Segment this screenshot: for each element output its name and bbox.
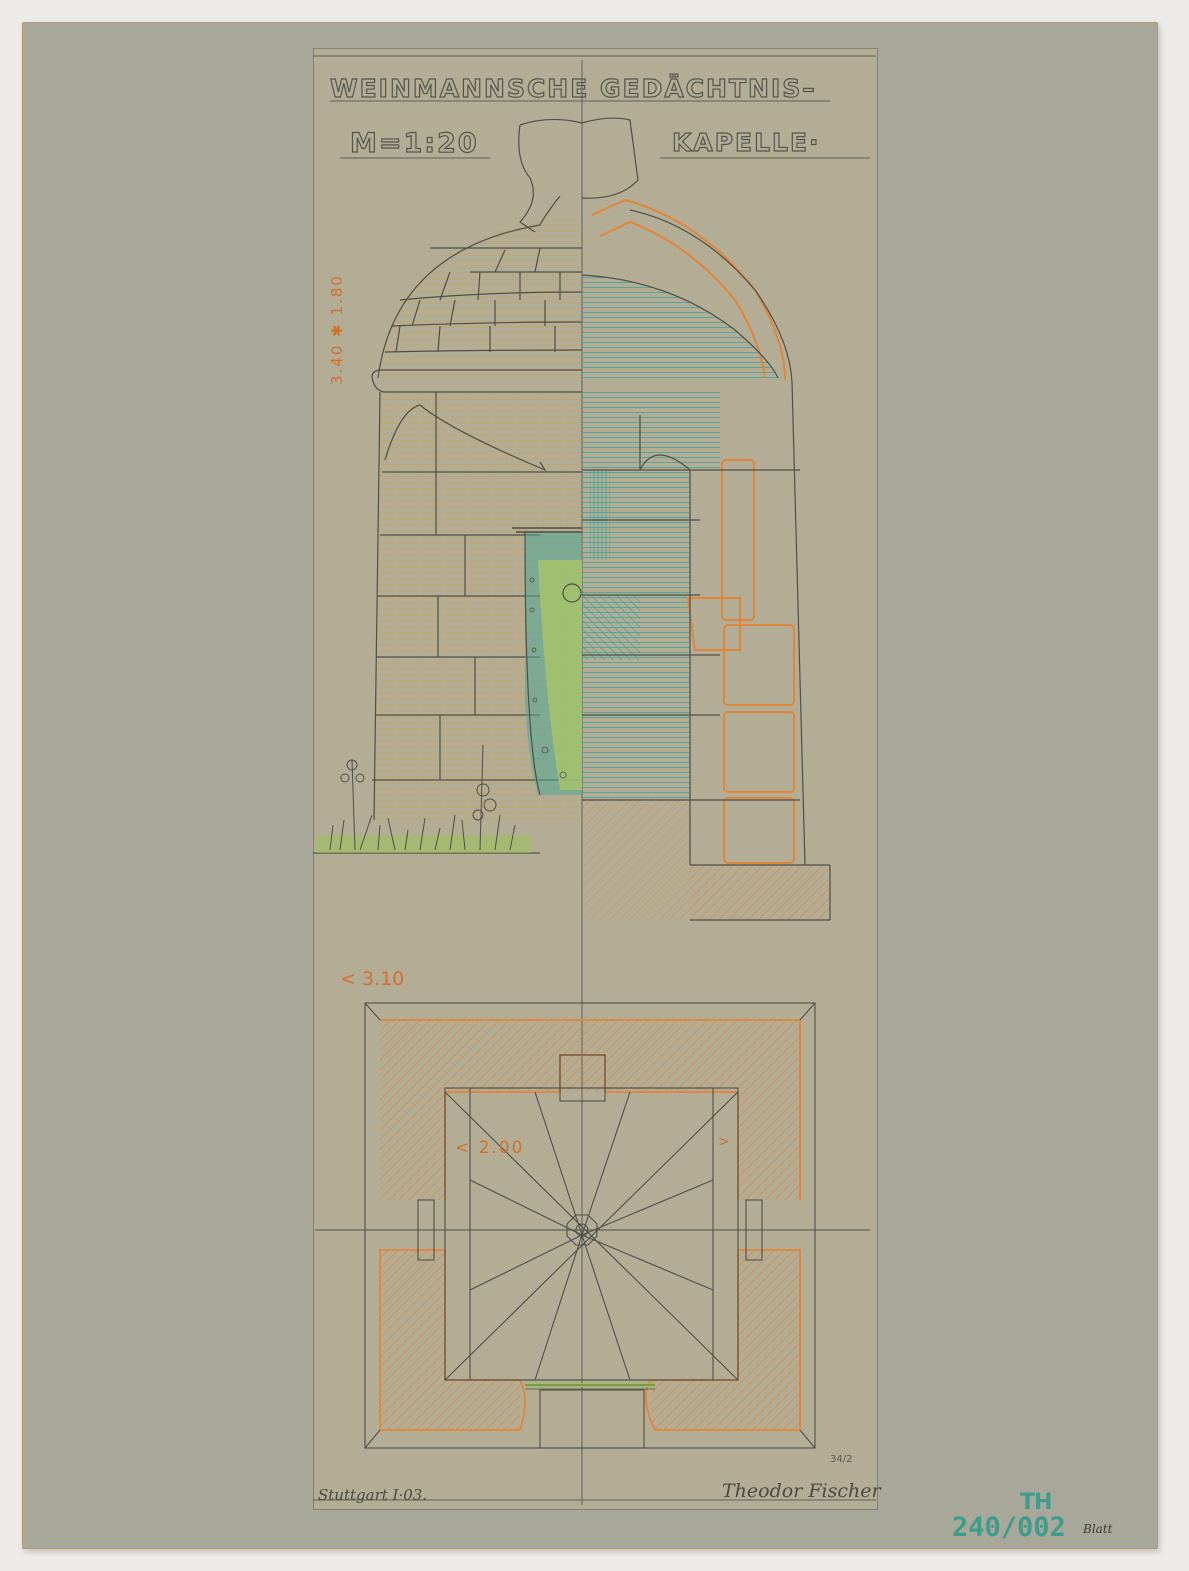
plan-inner-dimension-end-arrow: > <box>718 1134 730 1150</box>
drawing-title-line2: KAPELLE· <box>672 128 821 157</box>
archive-inventory-number: 240/002 <box>952 1512 1066 1543</box>
floor-plan <box>315 1003 870 1448</box>
architect-signature: Theodor Fischer <box>722 1480 881 1502</box>
drawing-title-line1: WEINMANNSCHE GEDÄCHTNIS– <box>330 74 817 103</box>
plan-outer-width-dimension: < 3.10 <box>340 968 404 990</box>
archive-note: Blatt <box>1083 1522 1112 1536</box>
elevation-height-dimension: 3.40 ✱ 1.80 <box>328 274 346 385</box>
place-date-inscription: Stuttgart I·03. <box>318 1486 427 1504</box>
section-right-half <box>582 118 830 920</box>
elevation-left-half <box>313 119 582 853</box>
scale-label: M=1:20 <box>350 128 479 159</box>
architectural-drawing <box>0 0 1189 1571</box>
plan-inner-width-dimension: < 2.00 <box>455 1138 525 1158</box>
sheet-number: 34/2 <box>830 1454 852 1465</box>
